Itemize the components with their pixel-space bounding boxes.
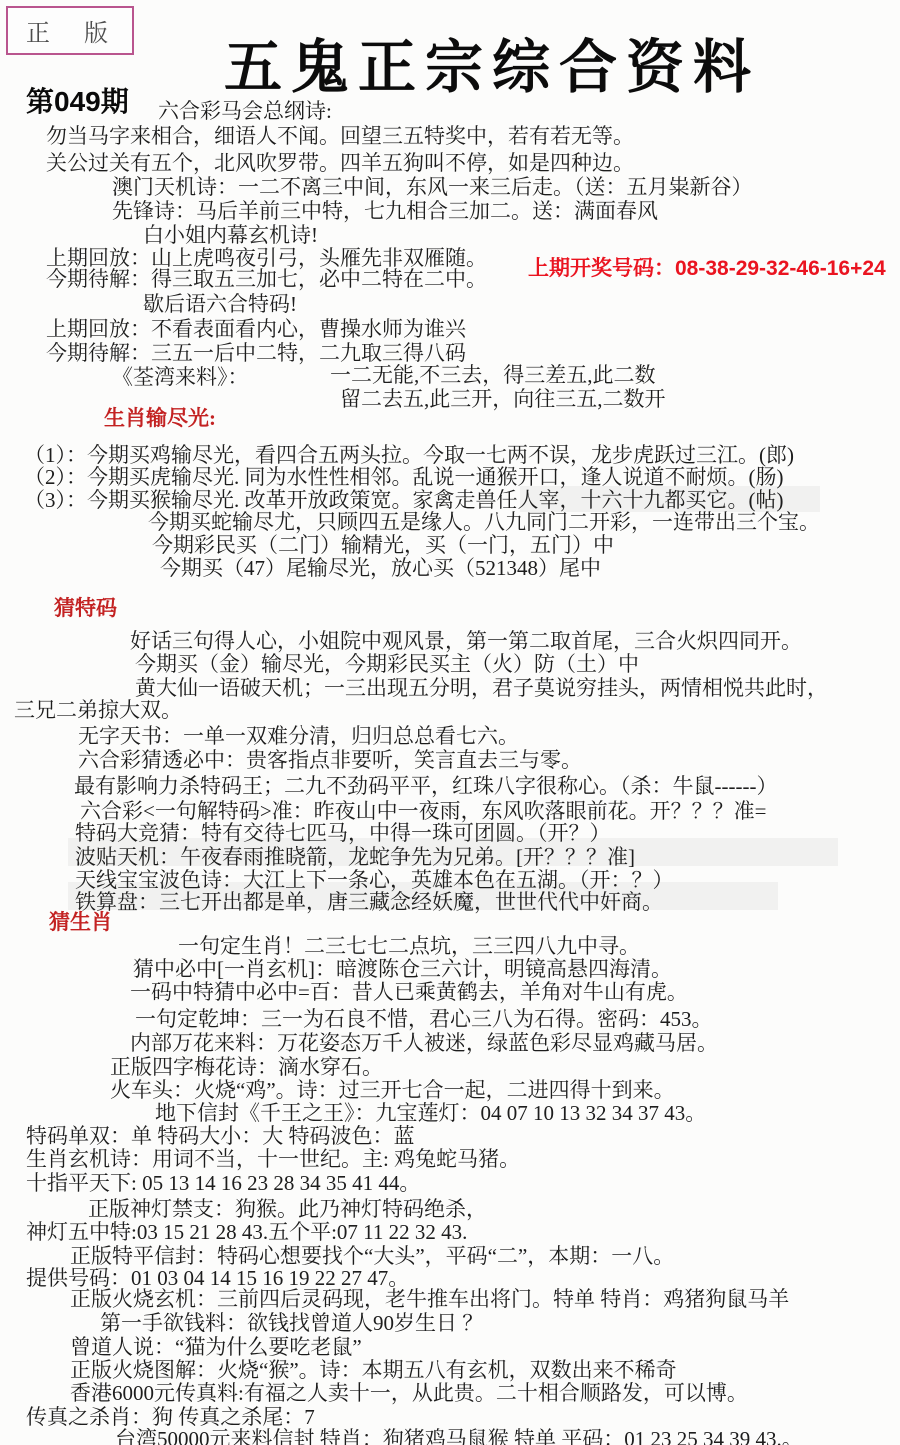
page-title: 五鬼正宗综合资料 xyxy=(224,20,760,104)
text-line-40: 一句定乾坤：三一为石良不惜，君心三八为石得。密码：453。 xyxy=(135,1008,713,1030)
text-line-26: 黄大仙一语破天机；一三出现五分明，君子莫说穷挂头，两情相悦共此时， xyxy=(135,677,828,699)
text-line-4: 澳门天机诗：一二不离三中间，东风一来三后走。（送：五月粜新谷） xyxy=(112,176,753,198)
text-line-50: 正版特平信封：特码心想要找个“大头”，平码“二”，本期：一八。 xyxy=(70,1245,674,1267)
text-line-28: 无字天书：一单一双难分清，归归总总看七六。 xyxy=(78,725,519,747)
section-cai-tema: 猜特码 xyxy=(54,597,117,619)
text-line-19: （3）：今期买猴输尽光. 改革开放政策宽。家禽走兽任人宰，十六十九都买它。(帖) xyxy=(24,489,783,511)
text-line-55: 正版火烧图解：火烧“猴”。诗：本期五八有玄机，双数出来不稀奇 xyxy=(70,1359,677,1381)
text-line-5: 先锋诗：马后羊前三中特，七九相合三加二。送：满面春风 xyxy=(112,200,658,222)
text-line-21: 今期彩民买（二门）输精光，买（一门，五门）中 xyxy=(152,534,614,556)
text-line-30: 最有影响力杀特码王；二九不劲码平平，红珠八字很称心。（杀：牛鼠------） xyxy=(74,775,777,797)
text-line-13: 《荃湾来料》： xyxy=(112,366,249,388)
text-line-58: 台湾50000元来料信封 特肖：狗猪鸡马鼠猴 特单 平码：01 23 25 34… xyxy=(115,1428,803,1445)
text-line-12: 今期待解：三五一后中二特，二九取三得八码 xyxy=(46,342,466,364)
text-line-49: 神灯五中特:03 15 21 28 43.五个平:07 11 22 32 43. xyxy=(26,1221,467,1243)
text-line-20: 今期买蛇输尽尤，只顾四五是缘人。八九同门二开彩，一连带出三个宝。 xyxy=(148,511,820,533)
lottery-info-sheet: 正 版 五鬼正宗综合资料 第049期 六合彩马会总纲诗:勿当马字来相合，细语人不… xyxy=(0,0,900,1445)
text-line-39: 一码中特猜中必中=百：昔人已乘黄鹤去，羊角对牛山有虎。 xyxy=(130,981,688,1003)
text-line-18: （2）：今期买虎输尽光. 同为水性性相邻。乱说一通猴开口，逢人说道不耐烦。(肠) xyxy=(24,466,783,488)
text-line-15: 留二去五,此三开，向往三五,二数开 xyxy=(340,388,666,410)
text-line-45: 特码单双：单 特码大小：大 特码波色：蓝 xyxy=(26,1125,415,1147)
text-line-54: 曾道人说：“猫为什么要吃老鼠” xyxy=(70,1336,362,1358)
text-line-1: 六合彩马会总纲诗: xyxy=(158,100,332,122)
text-line-57: 传真之杀肖：狗 传真之杀尾：7 xyxy=(26,1406,315,1428)
text-line-33: 波贴天机：午夜春雨推晓箭，龙蛇争先为兄弟。[开？？？准] xyxy=(75,846,635,868)
text-line-44: 地下信封《千王之王》：九宝莲灯：04 07 10 13 32 34 37 43。 xyxy=(155,1102,706,1124)
text-line-10: 歇后语六合特码! xyxy=(143,293,297,315)
text-line-37: 一句定生肖！二三七七二点坑，三三四八九中寻。 xyxy=(178,935,640,957)
text-line-43: 火车头：火烧“鸡”。诗：过三开七合一起，二进四得十到来。 xyxy=(110,1079,675,1101)
text-line-3: 关公过关有五个，北风吹罗带。四羊五狗叫不停，如是四种边。 xyxy=(46,152,634,174)
issue-number: 第049期 xyxy=(26,80,129,120)
text-line-31: 六合彩<一句解特码>准：昨夜山中一夜雨，东风吹落眼前花。开？？？准= xyxy=(80,800,767,822)
section-cai-shengxiao: 猜生肖 xyxy=(49,911,112,933)
text-line-53: 第一手欲钱料：欲钱找曾道人90岁生日 ？ xyxy=(100,1312,483,1334)
text-line-34: 天线宝宝波色诗：大江上下一条心，英雄本色在五湖。（开：？） xyxy=(75,869,674,891)
authentic-badge: 正 版 xyxy=(6,6,134,55)
text-line-42: 正版四字梅花诗：滴水穿石。 xyxy=(110,1056,383,1078)
text-line-47: 十指平天下: 05 13 14 16 23 28 34 35 41 44。 xyxy=(26,1172,420,1194)
text-line-6: 白小姐内幕玄机诗! xyxy=(143,224,318,246)
text-line-2: 勿当马字来相合，细语人不闻。回望三五特奖中，若有若无等。 xyxy=(46,125,634,147)
text-line-41: 内部万花来料：万花姿态万千人被迷，绿蓝色彩尽显鸡藏马居。 xyxy=(130,1032,718,1054)
previous-draw-numbers: 上期开奖号码：08-38-29-32-46-16+24 xyxy=(528,258,886,280)
text-line-11: 上期回放：不看表面看内心，曹操水师为谁兴 xyxy=(46,318,466,340)
text-line-27: 三兄二弟掠大双。 xyxy=(14,699,182,721)
text-line-7: 上期回放：山上虎鸣夜引弓，头雁先非双雁随。 xyxy=(46,247,487,269)
text-line-48: 正版神灯禁支：狗猴。此乃神灯特码绝杀， xyxy=(88,1198,487,1220)
text-line-52: 正版火烧玄机：三前四后灵码现，老牛推车出将门。特单 特肖：鸡猪狗鼠马羊 xyxy=(70,1288,789,1310)
section-shengxiao-shujinguang: 生肖输尽光: xyxy=(104,407,216,429)
text-line-38: 猜中必中[一肖玄机]：暗渡陈仓三六计，明镜高悬四海清。 xyxy=(133,958,672,980)
text-line-17: （1）：今期买鸡输尽光，看四合五两头拉。今取一七两不误，龙步虎跃过三江。(郎) xyxy=(24,444,794,466)
text-line-14: 一二无能,不三去，得三差五,此二数 xyxy=(330,364,656,386)
text-line-46: 生肖玄机诗：用词不当，十一世纪。主: 鸡兔蛇马猪。 xyxy=(26,1148,520,1170)
text-line-24: 好话三句得人心，小姐院中观风景，第一第二取首尾，三合火炽四同开。 xyxy=(130,630,802,652)
text-line-56: 香港6000元传真料:有福之人卖十一，从此贵。二十相合顺路发，可以博。 xyxy=(70,1382,748,1404)
text-line-32: 特码大竞猜：特有交待七匹马，中得一珠可团圆。（开？） xyxy=(75,822,611,844)
text-line-8: 今期待解：得三取五三加七，必中二特在二中。 xyxy=(46,268,487,290)
text-line-35: 铁算盘：三七开出都是单，唐三藏念经妖魔，世世代代中奸商。 xyxy=(75,891,663,913)
text-line-22: 今期买（47）尾输尽光，放心买（521348）尾中 xyxy=(160,557,601,579)
text-line-51: 提供号码：01 03 04 14 15 16 19 22 27 47。 xyxy=(26,1267,409,1289)
text-line-29: 六合彩猜透必中：贵客指点非要听，笑言直去三与零。 xyxy=(78,749,582,771)
text-line-25: 今期买（金）输尽光，今期彩民买主（火）防（土）中 xyxy=(135,653,639,675)
